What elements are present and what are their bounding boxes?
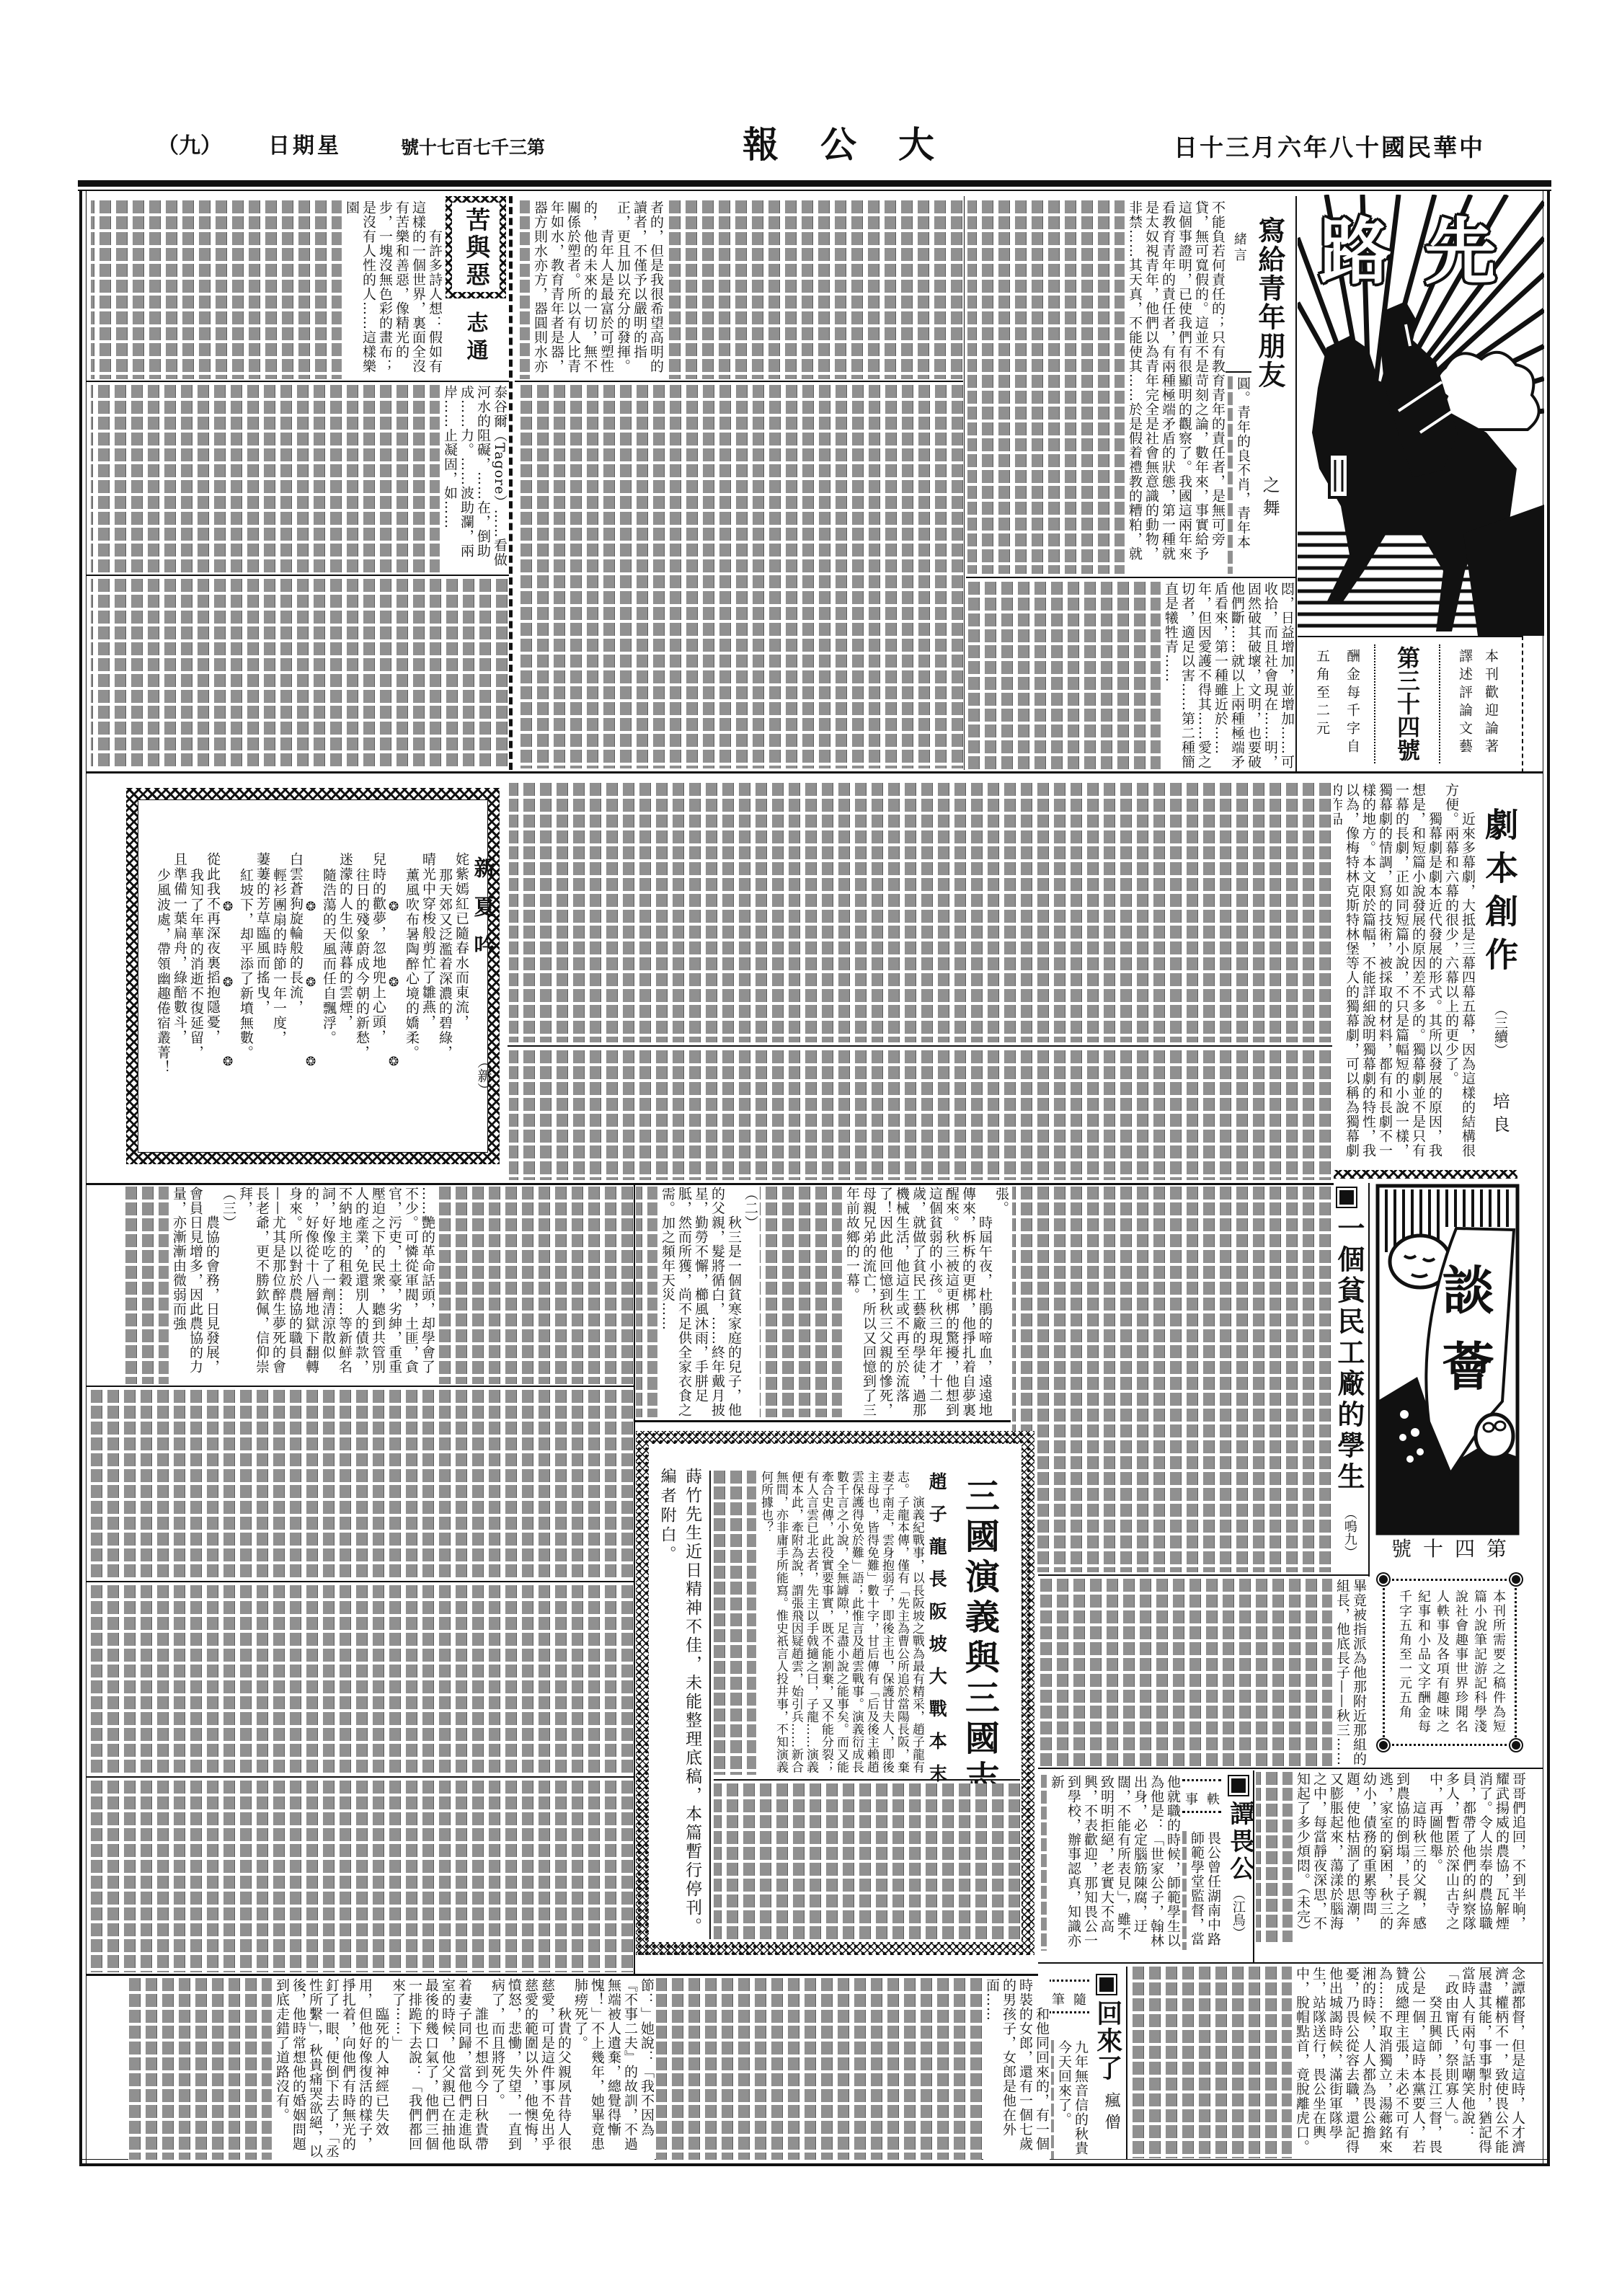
bitter-text-block: 泰谷爾（Tagore）……看做河水的阻礙，……在，倒助成……力。……波助瀾，兩岸… [91,385,508,572]
frame-bottom-outer [79,2163,1550,2166]
notice-fee-1: 酬金每千字自 [1345,649,1359,757]
poem-line: 迷濛的人生似薄暮的雲煙， [337,852,353,1029]
xianlu-title: 先路 [1319,216,1530,288]
poem-line: 從此我不再深夜裏搯抱隱憂， [205,852,221,1045]
tan-author: （江鳥） [1231,1887,1244,1939]
tier-rule [508,1045,1332,1047]
tier-rule [1038,1768,1543,1769]
notice-fee-2: 五角至二元 [1315,649,1329,739]
student-text-block [1012,1187,1331,1572]
student-text: 張。 時屆午夜，杜鵑的啼血，遠遠地傳來，柝柝的更梆，他掙扎着自夢裏醒來。秋三被這… [842,1187,1009,1417]
tan-text: 念譚都督，但是這時，人才濟濟，權柄不一，致使畏公不能展盡其能，事事掣肘，猶記得當… [1292,1967,1525,2158]
corner-dot [1378,1574,1389,1585]
poem-ornament-icon: ❂ [306,901,316,913]
column-divider [709,1471,711,1939]
youth-text: 圓。青年的良不肖，青年本 [1233,376,1251,574]
drama-text-block: 近來多幕劇，大抵是三幕四幕五幕，因為這樣的結構很方便。兩幕和六幕的很少，六幕以上… [1334,783,1476,1168]
tier-rule [87,381,509,382]
signpost [1329,454,1348,497]
bitter-text-block [91,579,508,768]
student-text-ending: 哥哥們追回，不到半晌，耀武揚威的農協，瓦解煙消了。令人崇奉的農協職員，都帶了他們… [1295,1772,1526,1931]
bitter-title-box: 苦與惡 [446,196,506,298]
masthead: 大公報 [743,127,976,163]
header-thin-rule [78,190,1551,191]
back-title: 回來了 [1094,2000,1121,2082]
corner-dot [1510,1574,1522,1585]
youth-text-block [516,385,963,768]
poem-line: 且準備一葉扁舟，綠醅數斗， [172,852,187,1045]
tanhui-issue-number: 第四十號 [1391,1539,1518,1559]
poem-line: 紅坡下，却平添了新墳無數。 [238,868,254,1060]
youth-text-block: 悶，日益增加，並增加……可收拾，而且社會現在……明，固然破其破壞，文明，也要破他… [967,582,1295,769]
back-text: 節：」她說：「我不因為『不事二夫』的故訓，不過無端被人遺棄，總覺得慚愧！」不上幾… [272,1978,655,2160]
student-title: 一個貧民工廠的學生 [1334,1214,1362,1493]
notice-issue-number: 第三十四號 [1396,646,1419,761]
wavy-line [1049,1980,1089,1982]
corner-dot [1378,1739,1389,1751]
column-divider [1253,1770,1254,1962]
drama-text: 近來多幕劇，大抵是三幕四幕五幕，因為這樣的結構很方便。兩幕和六幕的很少，六幕以上… [1334,783,1476,1168]
weekday: 星期日 [268,136,342,157]
black-square-marker [1096,1974,1117,1995]
poem-title: 新夏吟 [471,856,494,973]
band-rule [87,771,1543,774]
wavy-line [1049,2011,1089,2013]
bitter-title: 苦與惡 [462,207,488,289]
poem-ornament-icon: ❂ [389,901,399,913]
student-text-block [91,1781,633,1972]
tan-text-block: 念譚都督，但是這時，人才濟濟，權柄不一，致使畏公不能展盡其能，事事掣肘，猶記得當… [1129,1967,1525,2158]
back-text-block: 和他同回來的，有一個時裝的女郎，還有一個七歲的男孩子，女郎是他在外面…… [983,1978,1050,2160]
tier-rule [87,1386,634,1387]
issue-number: 第三千七百七十號 [401,138,545,156]
tier-rule [87,1776,634,1778]
black-square-marker [1336,1187,1357,1208]
poem-line: 晴光中穿梭般剪忙了雛燕， [420,852,436,1029]
back-text: 九年無音信的秋貴今天回來了。 [1054,2040,1089,2159]
diamond-chain-rule [1334,1170,1517,1179]
youth-text-block: 者的，但是我很希望高明的讀者，不僅予以嚴明的指正，更且加以充分的發揮。 青年人是… [516,200,664,379]
frame-left-outer [79,191,82,2166]
student-text-block: ……艷的革命話頭，却學會了不少。可憐從軍閥，土匪，貪官，污吏，土豪，劣紳，重重壓… [124,1187,435,1384]
threek-lower-text-block [714,1783,1020,1941]
page-number: （九） [157,136,222,157]
column-divider [1295,196,1297,773]
wavy-separator [1374,644,1375,763]
band-rule [87,1183,1334,1185]
category-text: 隨筆 [1052,1990,1095,2008]
bitter-author: 志通 [464,311,487,366]
back-text-block [656,1978,982,2160]
tier-rule [87,1581,634,1582]
black-square-marker [1228,1775,1249,1796]
threek-body: 演義紀戰事，以長阪坡之戰為最有精采，趙子龍有志。子龍本傳，僅有「先主為曹公所追於… [756,1471,924,1775]
tan-text-block: 他就職的時候，師範學生以為他是：「世家公子，翰林出身，必定腦筋陳腐，迂闊，不能有… [1041,1775,1181,1951]
tier-rule [634,1420,1011,1422]
drama-text-block [509,783,1331,1042]
student-text-block: 畢竟被指派為他那附近那組的組長，他底長子——秋三…… [1038,1579,1367,1766]
poem-line: 萋萋的芳草臨風而搖曳， [254,852,270,1015]
student-text-block: 哥哥們追回，不到半晌，耀武揚威的農協，瓦解煙消了。令人崇奉的農協職員，都帶了他們… [1256,1772,1526,1942]
tan-title: 譚畏公 [1226,1801,1252,1883]
threek-title: 三國演義與三國志 [961,1478,997,1801]
poem-ornament-icon: ❂ [306,977,316,989]
poem-ornament-icon: ❂ [389,1056,399,1068]
threek-subtitle: 趙子龍長阪坡大戰本末 [927,1472,946,1796]
poem-line: 白雲蒼狗旋輪般的長流， [288,852,303,1015]
poem-ornament-icon: ❂ [223,901,233,913]
drama-text-block [509,1050,1331,1180]
tan-text: 他就職的時候，師範學生以為他是：「世家公子，翰林出身，必定腦筋陳腐，迂闊，不能有… [1047,1775,1181,1951]
student-text: （二） 秋三是一個貧寒家庭的兒子，他的父親，髮將循白，……終年戴月披星，勤勞不懈… [657,1187,758,1417]
poem-ornament-icon: ❂ [389,977,399,989]
category-text: 軼事 [1185,1789,1228,1808]
tier-rule [515,381,963,382]
tier-rule [87,1974,1038,1976]
drama-title: 劇本創作 [1482,807,1517,980]
poem-line: 我知了年華的消逝不復延留， [188,868,204,1060]
tier-rule [1038,1574,1368,1576]
youth-text-block: 不能負若何責任的；只有教育青年的責任者，是無可旁貸，無可寬假的。這並不是苛刻之論… [967,200,1226,574]
youth-text: 者的，但是我很希望高明的讀者，不僅予以嚴明的指正，更且加以充分的發揮。 青年人是… [530,200,664,379]
header-thick-rule [78,180,1551,187]
drama-part-label: （三續） [1492,1002,1507,1057]
student-text: ……艷的革命話頭，却學會了不少。可憐從軍閥，土匪，貪官，污吏，土豪，劣紳，重重壓… [169,1187,435,1384]
poem-line: 少風波處，帶領幽趣倦宿叢菁！ [155,868,171,1075]
poem-ornament-icon: ❂ [223,1056,233,1068]
frame-right-outer [1547,191,1550,2166]
student-author: （鳴九） [1342,1507,1356,1559]
reader-face [1476,1414,1513,1458]
xianlu-submission-notice: 本刊歡迎論著 譯述評論文藝 第三十四號 酬金每千字自 五角至二元 [1298,636,1523,773]
tanhui-submission-notice: 本刊所需要之稿件為短篇小說筆記游記科學淺說社會趣事世界珍聞名人軼事及各項有趣味之… [1383,1579,1517,1746]
bitter-title-box-inner: 苦與惡 [452,203,500,292]
column-divider [1126,1967,1127,2160]
student-text-block [91,1585,633,1774]
poem-ornament-icon: ❂ [223,977,233,989]
youth-title-rule [1226,371,1251,373]
youth-text: 不能負若何責任的；只有教育青年的責任者，是無可旁貸，無可寬假的。這並不是苛刻之論… [1125,200,1226,574]
column-divider [964,196,965,770]
column-divider [634,1183,635,1974]
publication-date: 中華民國十八年六月三十日 [1174,136,1485,159]
poem-line: 那天郊又泛濫着深濃的碧綠， [437,868,453,1060]
poem-ornament-icon: ❂ [306,1056,316,1068]
tan-text: 畏公曾任湖南中路師範學堂監督，當 [1187,1831,1221,1950]
poem-line: 輕衫團扇的時節一年一度， [271,868,287,1045]
student-text-block [437,1187,633,1384]
bitter-text-block: 有許多詩人想：假如有這樣的一個世界，裏面全沒有苦樂和善惡，像精光的步，一塊沒無色… [91,200,443,379]
threek-editor-note: 蒔竹先生近日精神不佳，未能整理底稿，本篇暫行停刊。 [683,1468,701,1936]
poem-line: 隨浩蕩的天風而任自飄浮。 [321,868,337,1045]
bitter-text: 有許多詩人想：假如有這樣的一個世界，裏面全沒有苦樂和善惡，像精光的步，一塊沒無色… [342,200,443,379]
to-be-continued-mark: （未完） [1295,1887,1311,1938]
back-text: 和他同回來的，有一個時裝的女郎，還有一個七歲的男孩子，女郎是他在外面…… [983,1978,1050,2160]
frame-left-inner [86,191,87,2166]
notice-text: 本刊所需要之稿件為短篇小說筆記游記科學淺說社會趣事世界珍聞名人軼事及各項有趣味之… [1392,1590,1507,1737]
youth-text: 悶，日益增加，並增加……可收拾，而且社會現在……明，固然破其破壞，文明，也要破他… [1161,582,1295,769]
notice-line-2: 譯述評論文藝 [1458,649,1471,757]
poem-author: （新） [476,1054,491,1097]
tier-rule [966,577,1296,578]
column-divider-dashed [509,196,513,770]
poem-line: 薰風吹布暑陶醉心境的嬌柔。 [404,868,420,1060]
back-text-block: 節：」她說：「我不因為『不事二夫』的故訓，不過無端被人遺棄，總覺得慚愧！」不上幾… [128,1978,655,2160]
student-text-block: 張。 時屆午夜，杜鵑的啼血，遠遠地傳來，柝柝的更梆，他掙扎着自夢裏醒來。秋三被這… [760,1187,1009,1417]
tier-rule [1038,1962,1543,1964]
student-text: 畢竟被指派為他那附近那組的組長，他底長子——秋三…… [1332,1579,1367,1766]
back-author: 瘋僧 [1103,2092,1120,2135]
threek-text-block: 演義紀戰事，以長阪坡之戰為最有精采，趙子龍有志。子龍本傳，僅有「先主為曹公所追於… [714,1471,924,1775]
youth-author: 之舞 [1260,476,1278,522]
youth-title: 寫給青年朋友 [1254,216,1283,389]
tan-category-label: 軼事 [1182,1778,1221,1821]
corner-dot [1510,1739,1522,1751]
youth-text-block: 圓。青年的良不肖，青年本 [1228,376,1251,574]
column-divider [1368,1183,1370,1577]
tier-rule [87,575,509,576]
wavy-line [1182,1811,1221,1813]
back-category-label: 隨筆 [1049,1978,1089,2021]
wavy-line [1182,1779,1221,1781]
tier-rule [714,1779,1020,1781]
poem-line: 姹紫嫣紅已隨春水而東流， [453,852,469,1029]
tanhui-title: 談薈 [1436,1263,1491,1416]
poem-line: 往日的殘象蔚成今朝的新愁， [354,868,370,1060]
youth-section-label: 緒言 [1232,232,1246,264]
student-text: 哥哥們追回，不到半晌，耀武揚威的農協，瓦解煙消了。令人崇奉的農協職員，都帶了他們… [1293,1772,1526,1942]
notice-line-1: 本刊歡迎論著 [1484,649,1497,757]
youth-text-block [667,200,962,379]
back-text-block: 九年無音信的秋貴今天回來了。 [1051,2040,1089,2159]
wavy-separator [1439,644,1440,763]
tan-text-block: 畏公曾任湖南中路師範學堂監督，當 [1182,1831,1221,1950]
threek-editor-sign: 編者附白。 [659,1468,675,1565]
poem-line: 兒時的歡夢，忽地兜上心頭， [371,852,386,1045]
student-text-block: （二） 秋三是一個貧寒家庭的兒子，他的父親，髮將循白，……終年戴月披星，勤勞不懈… [636,1187,758,1417]
bitter-text: 泰谷爾（Tagore）……看做河水的阻礙，……在，倒助成……力。……波助瀾，兩岸… [440,385,508,572]
drama-author: 培良 [1490,1092,1508,1138]
student-text-block [91,1390,633,1579]
